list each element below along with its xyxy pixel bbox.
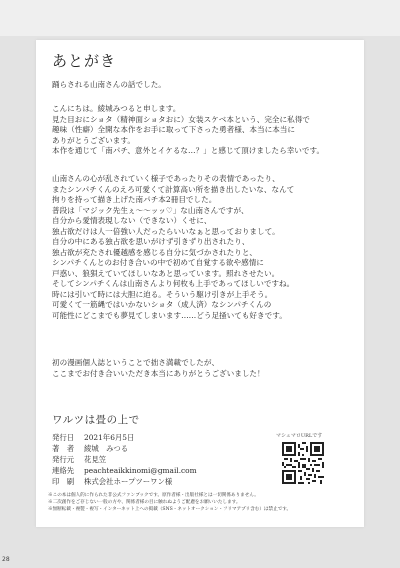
text-line: 独占欲が充たされ優越感を感じる自分に気づかされたりと、 — [52, 248, 294, 259]
colophon: 発行日 2021年6月5日 著 者 綾城 みつる 発行元 花見笠 連絡先 pea… — [52, 432, 197, 487]
text-line: 時には引いて時には大胆に迫る。そういう駆け引きが上手そう。 — [52, 290, 294, 301]
intro-line: 踊らされる山南さんの話でした。 — [52, 80, 166, 91]
afterword-page: あとがき 踊らされる山南さんの話でした。 こんにちは。綾城みつると申します。 見… — [36, 40, 364, 527]
text-line: 可能性にどこまでも夢見てしまいます……どう足掻いても好きです。 — [52, 311, 294, 322]
text-line: 拘りを持って描き上げた南パチ本2冊目でした。 — [52, 195, 294, 206]
colophon-label: 著 者 — [52, 443, 84, 454]
colophon-value: 花見笠 — [84, 454, 106, 465]
colophon-label: 発行日 — [52, 432, 84, 443]
scan-top-band — [0, 0, 400, 36]
text-line: 見た目おにショタ（精神面ショタおに）女装スケベ本という、完全に私得で — [52, 115, 324, 126]
text-line: 趣味（性癖）全開な本作をお手に取って下さった勇者様、本当に本当に — [52, 125, 324, 136]
colophon-label: 印 刷 — [52, 476, 84, 487]
colophon-row-printer: 印 刷 株式会社ホープツーワン様 — [52, 476, 197, 487]
text-line: 自分から愛情表現しない（できない）くせに、 — [52, 216, 294, 227]
text-line: 本作を通じて「南パチ、意外とイケるな…？」と感じて頂けましたら幸いです。 — [52, 146, 324, 157]
text-line: 初の漫画個人誌ということで拙さ満載でしたが、 — [52, 358, 265, 369]
text-line: 自分の中にある独占欲を思いがけず引きずり出されたり、 — [52, 237, 294, 248]
colophon-value: 2021年6月5日 — [84, 432, 134, 443]
text-line: ここまでお付き合いいただき本当にありがとうございました！ — [52, 369, 265, 380]
text-line: そしてシンパチくんは山南さんより何枚も上手であってほしいですね。 — [52, 279, 294, 290]
text-line: またシンパチくんのえろ可愛くて計算高い所を描き出したいな、なんて — [52, 185, 294, 196]
paragraph-body: 山南さんの心が乱されていく様子であったりその表情であったり、 またシンパチくんの… — [52, 174, 294, 321]
colophon-row-date: 発行日 2021年6月5日 — [52, 432, 197, 443]
text-line: 戸惑い、狼狽えていてほしいなあと思っています。照れさせたい。 — [52, 269, 294, 280]
contact-email: peachteaikkinomi@gmail.com — [84, 465, 197, 476]
text-line: シンパチくんとのお付き合いの中で初めて自覚する欲や感情に — [52, 258, 294, 269]
colophon-book-title: ワルツは畳の上で — [52, 412, 140, 427]
qr-code-icon — [282, 442, 324, 484]
paragraph-closing: 初の漫画個人誌ということで拙さ満載でしたが、 ここまでお付き合いいただき本当にあ… — [52, 358, 265, 379]
text-line: こんにちは。綾城みつると申します。 — [52, 104, 324, 115]
paragraph-greeting: こんにちは。綾城みつると申します。 見た目おにショタ（精神面ショタおに）女装スケ… — [52, 104, 324, 157]
text-line: 可愛くて一筋縄ではいかないショタ（成人済）なシンパチくんの — [52, 300, 294, 311]
colophon-row-author: 著 者 綾城 みつる — [52, 443, 197, 454]
colophon-label: 発行元 — [52, 454, 84, 465]
text-line: 普段は「マジック先生ぇ～～ッッ♡」な山南さんですが、 — [52, 206, 294, 217]
text-line: 独占欲だけは人一倍強い人だったらいいなぁと思っておりまして。 — [52, 227, 294, 238]
page-title: あとがき — [52, 50, 116, 71]
disclaimer-line: ※無断転載・複製・複写・インターネット上への掲載（SNS・ネットオークション・フ… — [48, 506, 291, 513]
colophon-row-publisher: 発行元 花見笠 — [52, 454, 197, 465]
colophon-value: 株式会社ホープツーワン様 — [84, 476, 172, 487]
qr-caption: マシュマロURLです — [276, 432, 322, 439]
disclaimer-notes: ※この本は個人的に作られた非公式ファンブックです。原作者様・出版社様とは一切関係… — [48, 492, 291, 513]
colophon-label: 連絡先 — [52, 465, 84, 476]
disclaimer-line: ※二次創作をご存じない一般の方や、関係者様の目に触れぬようご配慮をお願いいたしま… — [48, 499, 291, 506]
text-line: ありがとうございます。 — [52, 136, 324, 147]
page-number: 28 — [2, 556, 10, 563]
disclaimer-line: ※この本は個人的に作られた非公式ファンブックです。原作者様・出版社様とは一切関係… — [48, 492, 291, 499]
text-line: 山南さんの心が乱されていく様子であったりその表情であったり、 — [52, 174, 294, 185]
colophon-row-contact: 連絡先 peachteaikkinomi@gmail.com — [52, 465, 197, 476]
colophon-value: 綾城 みつる — [84, 443, 128, 454]
